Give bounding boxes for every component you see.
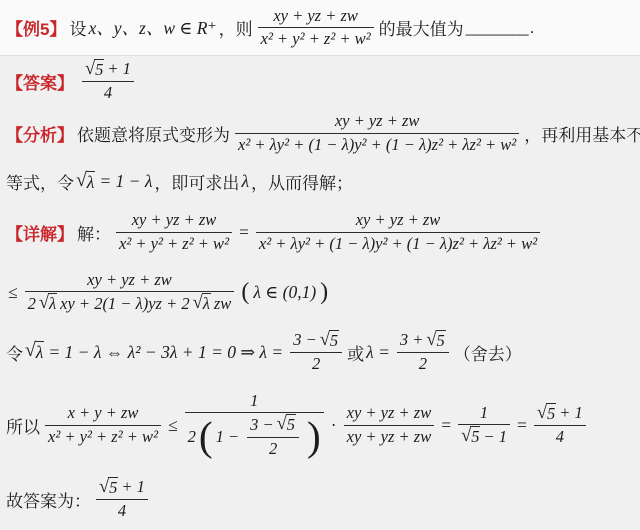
fraction-denominator: x² + y² + z² + w² <box>116 234 232 254</box>
numerator-rest: + 1 <box>559 403 583 423</box>
problem-period: . <box>530 18 535 38</box>
sqrt: √5 <box>277 414 296 435</box>
sqrt-radicand: λ <box>202 293 211 314</box>
chain-fraction-3: 1 √5 − 1 <box>458 403 510 447</box>
sqrt: √5 <box>320 330 339 351</box>
fraction-denominator: xy + yz + zw <box>344 427 435 447</box>
final-answer-row: 故答案为： √5 + 1 4 <box>0 469 640 529</box>
solution-row-2: ≤ xy + yz + zw 2 √λ xy + 2(1 − λ)yz + 2 … <box>0 261 640 323</box>
fraction-numerator: 3 − √5 <box>290 330 342 351</box>
problem-variables: x、y、z、w ∈ R⁺ <box>86 15 218 40</box>
equals-sign: = <box>439 415 453 436</box>
big-left-paren: ( <box>199 416 213 457</box>
lambda-equals: λ = <box>364 342 392 363</box>
conclusion-chain-row: 所以 x + y + zw x² + y² + z² + w² ≤ 1 2 ( … <box>0 381 640 469</box>
fraction-numerator: √5 + 1 <box>534 403 586 424</box>
problem-statement-row: 【例5】 设 x、y、z、w ∈ R⁺ ，则 xy + yz + zw x² +… <box>0 0 640 56</box>
fraction-denominator: 2 <box>309 354 323 374</box>
fraction-numerator: x + y + zw <box>65 403 142 423</box>
analysis-row-2: 等式，令 √λ = 1 − λ ，即可求出 λ ，从而得解； <box>0 160 640 203</box>
numerator-rest: + 1 <box>121 477 145 497</box>
sqrt-radicand: 5 <box>470 426 480 447</box>
fraction-denominator: 4 <box>553 427 567 447</box>
fraction-denominator: x² + y² + z² + w² <box>45 427 161 447</box>
numerator-part: 3 + <box>400 330 424 350</box>
sqrt-radicand: 5 <box>286 414 296 435</box>
solution-fraction-1: xy + yz + zw x² + y² + z² + w² <box>116 210 232 253</box>
solution-fraction-2: xy + yz + zw x² + λy² + (1 − λ)y² + (1 −… <box>256 210 540 253</box>
fraction-denominator: 4 <box>115 501 129 521</box>
answer-blank: ________ <box>464 17 530 38</box>
sqrt-radicand: 5 <box>546 403 556 424</box>
fraction-bar <box>247 437 299 438</box>
fraction-denominator: 4 <box>101 83 115 103</box>
final-answer-text: 故答案为： <box>6 487 91 512</box>
chain-fraction-2: xy + yz + zw xy + yz + zw <box>344 403 435 446</box>
fraction-numerator: 3 + √5 <box>397 330 449 351</box>
fraction-bar <box>534 425 586 426</box>
multiply-dot: · <box>329 415 339 436</box>
analysis-fraction: xy + yz + zw x² + λy² + (1 − λ)y² + (1 −… <box>235 111 519 154</box>
analysis-lead-text: 依题意将原式变形为 <box>77 121 230 146</box>
problem-then-text: ，则 <box>219 15 253 40</box>
answer-fraction: √5 + 1 4 <box>82 59 134 103</box>
lambda-derivation: = 1 − λ ⇔ λ² − 3λ + 1 = 0 ⇒ λ = <box>46 342 285 363</box>
sqrt: √5 <box>85 59 104 80</box>
ling-text: 令 <box>6 340 23 365</box>
analysis2-equation: = 1 − λ <box>97 171 154 192</box>
lambda-symbol: λ <box>239 171 251 192</box>
analysis-tag: 【分析】 <box>6 121 74 146</box>
lambda-fraction-b: 3 + √5 2 <box>397 330 449 374</box>
final-answer-fraction: √5 + 1 4 <box>96 477 148 521</box>
sqrt-radicand: 5 <box>436 330 446 351</box>
fraction-numerator: √5 + 1 <box>96 477 148 498</box>
fraction-bar <box>82 81 134 82</box>
sqrt: √λ <box>23 341 46 363</box>
fraction-bar <box>258 27 374 28</box>
analysis2-text-1: ，即可求出 <box>154 169 239 194</box>
fraction-bar <box>116 232 232 233</box>
problem-pre-text: 设 <box>69 15 86 40</box>
problem-post-text: 的最大值为 <box>379 15 464 40</box>
answer-tag: 【答案】 <box>6 69 74 94</box>
lambda-condition: λ ∈ (0,1) <box>251 282 318 303</box>
sqrt: √5 <box>537 403 556 424</box>
solution-fraction-3: xy + yz + zw 2 √λ xy + 2(1 − λ)yz + 2 √λ… <box>25 270 235 314</box>
sqrt-radicand: 5 <box>329 330 339 351</box>
sqrt: √5 <box>99 477 118 498</box>
fraction-bar <box>290 352 342 353</box>
lambda-fraction-a: 3 − √5 2 <box>290 330 342 374</box>
discard-text: （舍去） <box>454 340 522 365</box>
fraction-numerator: 1 <box>477 403 491 423</box>
big-right-paren: ) <box>307 416 321 457</box>
problem-fraction: xy + yz + zw x² + y² + z² + w² <box>258 6 374 49</box>
analysis2-pre-text: 等式，令 <box>6 169 74 194</box>
equals-sign: = <box>237 222 251 243</box>
sqrt: √λ <box>193 293 211 314</box>
fraction-numerator: xy + yz + zw <box>344 403 435 423</box>
sqrt: √λ <box>74 171 97 193</box>
fraction-numerator: xy + yz + zw <box>129 210 220 230</box>
analysis-row-1: 【分析】 依题意将原式变形为 xy + yz + zw x² + λy² + (… <box>0 106 640 160</box>
fraction-denominator: 2 <box>266 439 280 459</box>
analysis-tail-text: ，再利用基本不 <box>524 121 640 146</box>
fraction-numerator: xy + yz + zw <box>353 210 444 230</box>
solution-jie-text: 解： <box>77 220 111 245</box>
chain-big-fraction: 1 2 ( 1 − 3 − √5 2 ) <box>185 391 324 458</box>
chain-fraction-4: √5 + 1 4 <box>534 403 586 447</box>
nested-fraction: 3 − √5 2 <box>247 414 299 458</box>
fraction-numerator: 1 <box>247 391 261 411</box>
solution-row-1: 【详解】 解： xy + yz + zw x² + y² + z² + w² =… <box>0 203 640 261</box>
solution-tag: 【详解】 <box>6 220 74 245</box>
fraction-numerator: √5 + 1 <box>82 59 134 80</box>
fraction-bar <box>344 425 435 426</box>
worksheet-page: 【例5】 设 x、y、z、w ∈ R⁺ ，则 xy + yz + zw x² +… <box>0 0 640 530</box>
fraction-numerator: xy + yz + zw <box>84 270 175 290</box>
equals-sign: = <box>515 415 529 436</box>
fraction-denominator: x² + λy² + (1 − λ)y² + (1 − λ)z² + λz² +… <box>235 135 519 155</box>
sqrt: √5 <box>426 330 445 351</box>
fraction-denominator: 2 ( 1 − 3 − √5 2 ) <box>185 414 324 458</box>
den-part-2: xy + 2(1 − λ)yz + 2 <box>60 294 189 314</box>
numerator-part: 3 − <box>293 330 317 350</box>
fraction-bar <box>96 499 148 500</box>
analysis2-text-2: ，从而得解； <box>251 169 353 194</box>
fraction-denominator: x² + λy² + (1 − λ)y² + (1 − λ)z² + λz² +… <box>256 234 540 254</box>
left-paren: ( <box>239 280 251 304</box>
sqrt-radicand: λ <box>35 341 45 363</box>
numerator-part: 3 − <box>250 415 274 435</box>
right-paren: ) <box>318 280 330 304</box>
less-equal-sign: ≤ <box>166 415 180 436</box>
or-text: 或 <box>347 340 364 365</box>
den-rest: − 1 <box>483 427 507 447</box>
fraction-denominator: 2 <box>416 354 430 374</box>
fraction-bar <box>256 232 540 233</box>
sqrt-radicand: 5 <box>94 59 104 80</box>
fraction-numerator: xy + yz + zw <box>270 6 361 26</box>
fraction-numerator: xy + yz + zw <box>332 111 423 131</box>
fraction-bar <box>235 133 519 134</box>
numerator-rest: + 1 <box>107 59 131 79</box>
fraction-denominator: x² + y² + z² + w² <box>258 29 374 49</box>
fraction-bar <box>45 425 161 426</box>
sqrt-radicand: λ <box>48 293 57 314</box>
example-tag: 【例5】 <box>6 15 66 40</box>
chain-fraction-1: x + y + zw x² + y² + z² + w² <box>45 403 161 446</box>
den-part-3: zw <box>214 294 231 314</box>
sqrt: √λ <box>39 293 57 314</box>
fraction-denominator: √5 − 1 <box>458 426 510 447</box>
den-coefficient: 2 <box>188 427 196 447</box>
den-part-1: 2 <box>28 294 36 314</box>
suoyi-text: 所以 <box>6 413 40 438</box>
answer-row: 【答案】 √5 + 1 4 <box>0 56 640 106</box>
lambda-equation-row: 令 √λ = 1 − λ ⇔ λ² − 3λ + 1 = 0 ⇒ λ = 3 −… <box>0 323 640 381</box>
less-equal-sign: ≤ <box>6 282 20 303</box>
fraction-denominator: 2 √λ xy + 2(1 − λ)yz + 2 √λ zw <box>25 293 235 314</box>
inner-pre: 1 − <box>216 427 240 447</box>
sqrt-radicand: 5 <box>108 477 118 498</box>
fraction-bar <box>397 352 449 353</box>
fraction-numerator: 3 − √5 <box>247 414 299 435</box>
sqrt-radicand: λ <box>86 171 96 193</box>
sqrt: √5 <box>461 426 480 447</box>
